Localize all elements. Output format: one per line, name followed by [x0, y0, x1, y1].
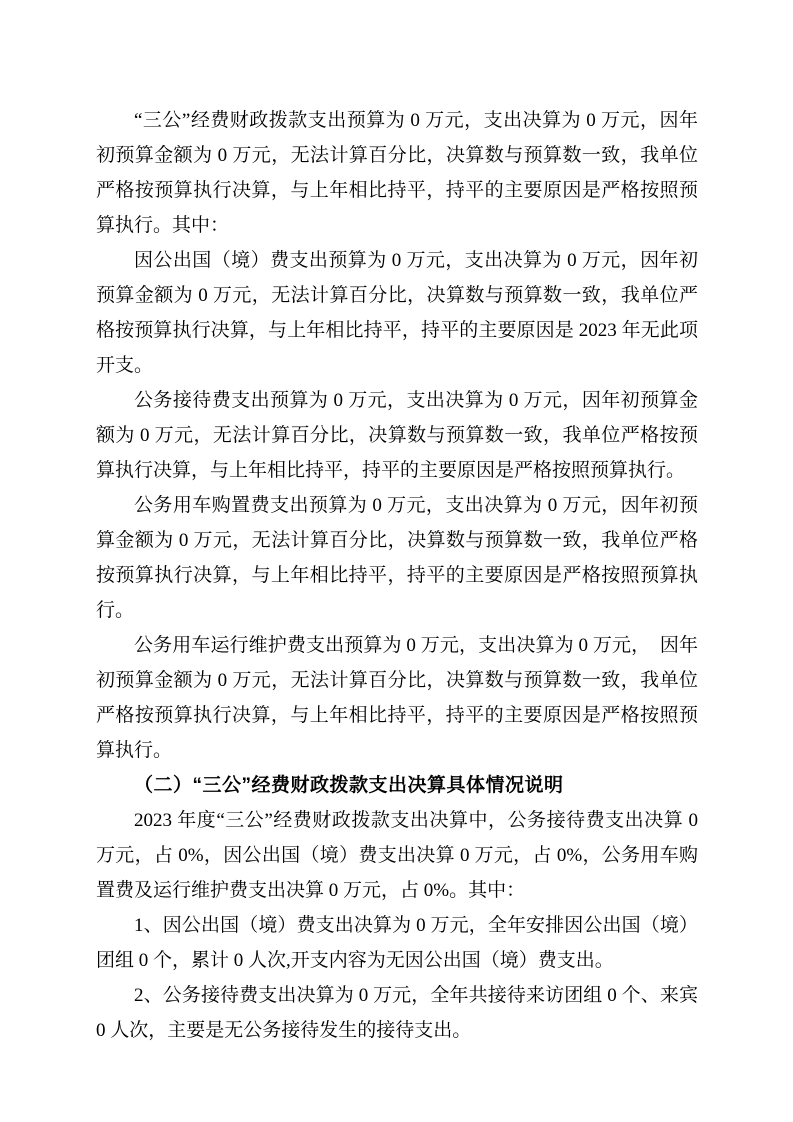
paragraph-final-accounts-overview: 2023 年度“三公”经费财政拨款支出决算中，公务接待费支出决算 0 万元，占 … — [96, 803, 698, 908]
document-body: “三公”经费财政拨款支出预算为 0 万元，支出决算为 0 万元，因年初预算金额为… — [96, 103, 698, 1048]
paragraph-official-reception-budget: 公务接待费支出预算为 0 万元，支出决算为 0 万元，因年初预算金额为 0 万元… — [96, 383, 698, 488]
paragraph-item-2-official-reception: 2、公务接待费支出决算为 0 万元，全年共接待来访团组 0 个、来宾 0 人次，… — [96, 978, 698, 1048]
paragraph-vehicle-purchase-budget: 公务用车购置费支出预算为 0 万元，支出决算为 0 万元，因年初预算金额为 0 … — [96, 488, 698, 628]
section-heading-sangong-final-accounts: （二）“三公”经费财政拨款支出决算具体情况说明 — [96, 768, 698, 803]
paragraph-item-1-overseas-travel: 1、因公出国（境）费支出决算为 0 万元，全年安排因公出国（境）团组 0 个，累… — [96, 908, 698, 978]
paragraph-sangong-budget-summary: “三公”经费财政拨款支出预算为 0 万元，支出决算为 0 万元，因年初预算金额为… — [96, 103, 698, 243]
paragraph-overseas-travel-budget: 因公出国（境）费支出预算为 0 万元，支出决算为 0 万元，因年初预算金额为 0… — [96, 243, 698, 383]
paragraph-vehicle-maintenance-budget: 公务用车运行维护费支出预算为 0 万元，支出决算为 0 万元， 因年初预算金额为… — [96, 628, 698, 768]
document-page: “三公”经费财政拨款支出预算为 0 万元，支出决算为 0 万元，因年初预算金额为… — [0, 0, 793, 1122]
